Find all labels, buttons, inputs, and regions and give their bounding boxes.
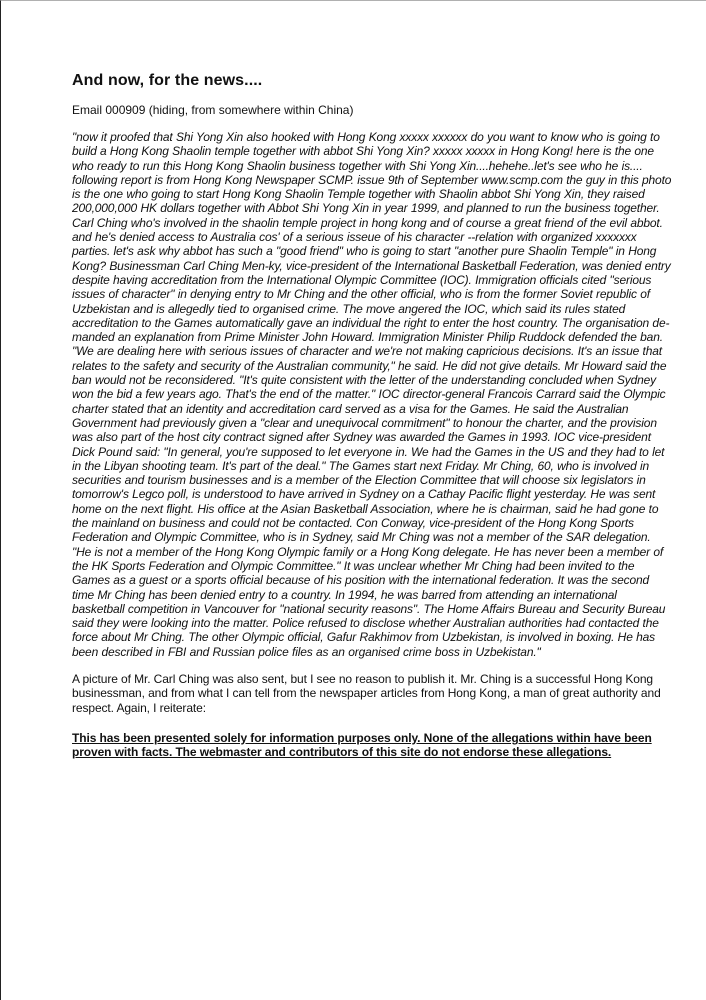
- author-commentary: A picture of Mr. Carl Ching was also sen…: [72, 672, 672, 715]
- disclaimer-notice: This has been presented solely for infor…: [72, 731, 672, 760]
- email-source-line: Email 000909 (hiding, from somewhere wit…: [72, 103, 672, 117]
- document-page: And now, for the news.... Email 000909 (…: [0, 0, 706, 1000]
- page-heading: And now, for the news....: [72, 71, 672, 91]
- quoted-email-body: "now it proofed that Shi Yong Xin also h…: [72, 130, 672, 659]
- article-content: And now, for the news.... Email 000909 (…: [72, 71, 672, 759]
